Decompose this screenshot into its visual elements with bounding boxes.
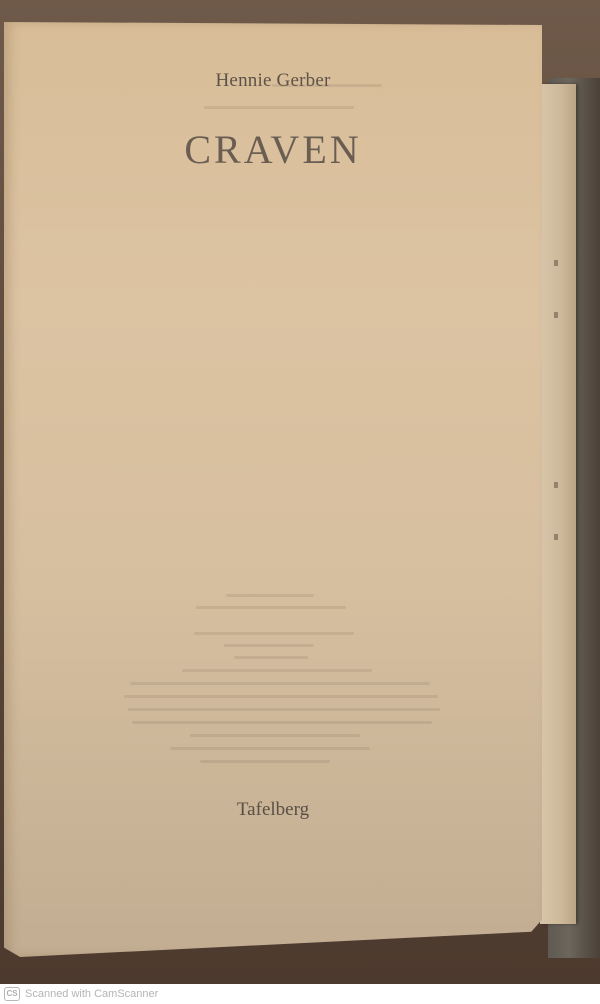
bleed-through-line	[194, 632, 354, 635]
watermark-text: Scanned with CamScanner	[25, 988, 158, 1000]
book-title: CRAVEN	[4, 126, 542, 173]
bleed-through-line	[196, 606, 346, 609]
bleed-through-line	[128, 708, 440, 711]
bleed-through-line	[130, 682, 430, 685]
page-mark	[554, 534, 558, 540]
scanner-watermark: CS Scanned with CamScanner	[0, 984, 600, 1004]
page-mark	[554, 312, 558, 318]
bleed-through-line	[234, 656, 308, 659]
bleed-through-line	[124, 695, 438, 698]
book-photo: Hennie Gerber CRAVEN Tafelberg	[0, 0, 600, 984]
camscanner-logo-icon: CS	[4, 987, 20, 1001]
title-page: Hennie Gerber CRAVEN Tafelberg	[4, 22, 542, 957]
bleed-through-line	[190, 734, 360, 737]
bleed-through-line	[224, 644, 314, 647]
bleed-through-line	[204, 106, 354, 109]
bleed-through-line	[182, 669, 372, 672]
adjacent-page-edge	[540, 84, 576, 924]
bleed-through-line	[272, 84, 382, 87]
author-name: Hennie Gerber	[4, 70, 542, 92]
bleed-through-line	[170, 747, 370, 750]
bleed-through-line	[226, 594, 314, 597]
page-mark	[554, 260, 558, 266]
page-mark	[554, 482, 558, 488]
bleed-through-line	[132, 721, 432, 724]
publisher-name: Tafelberg	[4, 799, 542, 821]
bleed-through-line	[200, 760, 330, 763]
